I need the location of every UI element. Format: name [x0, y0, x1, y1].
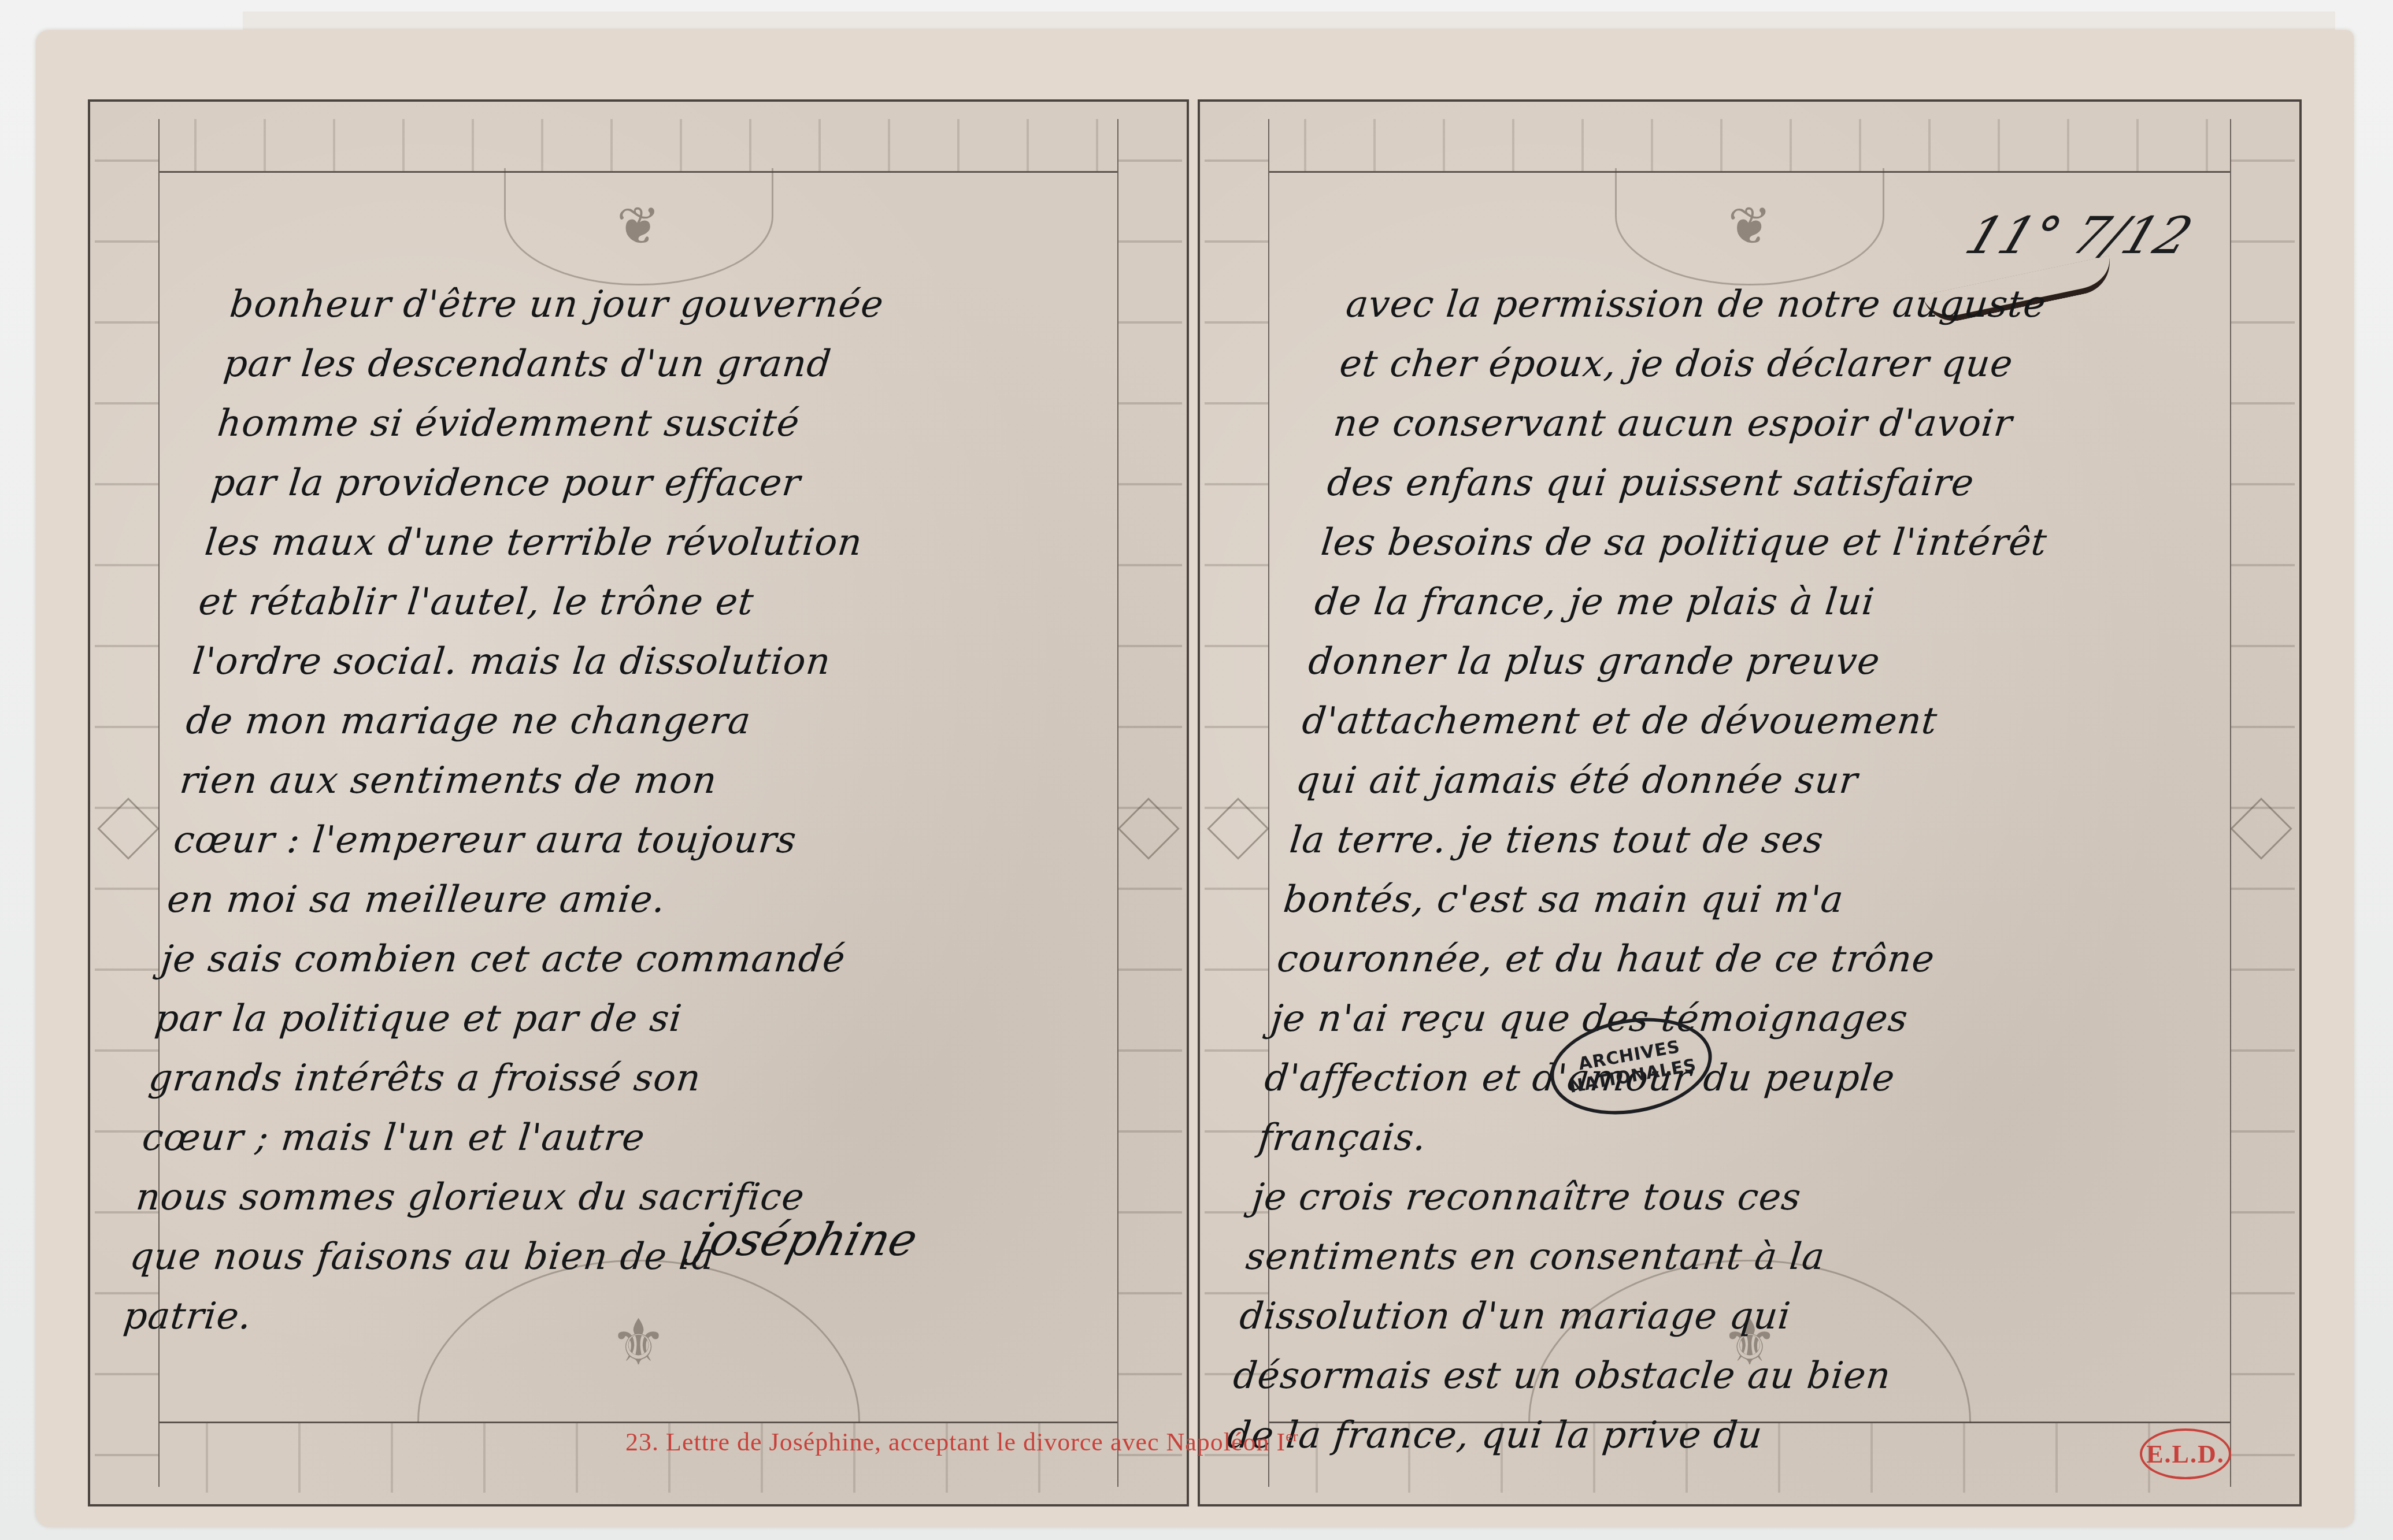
letter-line: d'affection et d'amour du peuple: [1262, 1049, 2217, 1108]
letter-line: grands intérêts a froissé son: [146, 1049, 1098, 1108]
letter-line: avec la permission de notre auguste: [1343, 275, 2298, 335]
letter-line: je crois reconnaître tous ces: [1249, 1168, 2205, 1227]
letter-line: les besoins de sa politique et l'intérêt: [1318, 513, 2273, 573]
left-page: ❦ ⚜ bonheur d'être un jour gouvernée par…: [88, 99, 1189, 1506]
palmette-ornament-icon: ❦: [504, 168, 773, 285]
letter-line: par la politique et par de si: [152, 989, 1105, 1049]
archive-reference-annotation: 11° 7/12: [1958, 206, 2201, 265]
top-border-band: [1269, 119, 2230, 173]
letter-line: sentiments en consentant à la: [1243, 1227, 2198, 1287]
letter-line: ne conservant aucun espoir d'avoir: [1331, 394, 2286, 454]
caption-text: 23. Lettre de Joséphine, acceptant le di…: [625, 1428, 1286, 1456]
letter-line: l'ordre social. mais la dissolution: [190, 632, 1142, 692]
letter-line: de la france, qui la prive du: [1224, 1406, 2180, 1465]
letter-line: dissolution d'un mariage qui: [1236, 1287, 2192, 1346]
signature: joséphine: [691, 1214, 923, 1266]
postcard-caption: 23. Lettre de Joséphine, acceptant le di…: [625, 1427, 1298, 1457]
letter-line: désormais est un obstacle au bien: [1231, 1346, 2186, 1406]
postcard: ❦ ⚜ bonheur d'être un jour gouvernée par…: [36, 30, 2354, 1527]
letter-line: donner la plus grande preuve: [1305, 632, 2261, 692]
letter-line: cœur : l'empereur aura toujours: [171, 811, 1123, 870]
letter-line: bontés, c'est sa main qui m'a: [1280, 870, 2236, 930]
letter-line: je n'ai reçu que des témoignages: [1268, 989, 2224, 1049]
letter-line: patrie.: [121, 1287, 1073, 1346]
letter-line: par la providence pour effacer: [208, 454, 1161, 513]
letter-line: de la france, je me plais à lui: [1312, 573, 2267, 632]
letter-line: cœur ; mais l'un et l'autre: [139, 1108, 1092, 1168]
letter-line: bonheur d'être un jour gouvernée: [227, 275, 1180, 335]
publisher-logo-text: E.L.D.: [2146, 1439, 2224, 1469]
letter-line: que nous faisons au bien de la: [127, 1227, 1079, 1287]
top-border-band: [160, 119, 1117, 173]
letter-line: couronnée, et du haut de ce trône: [1274, 930, 2229, 989]
letter-line: je sais combien cet acte commandé: [158, 930, 1111, 989]
letter-line: par les descendants d'un grand: [221, 335, 1173, 394]
letter-text-right: avec la permission de notre auguste et c…: [1224, 275, 2299, 1465]
letter-line: des enfans qui puissent satisfaire: [1324, 454, 2280, 513]
letter-line: de mon mariage ne changera: [183, 692, 1136, 751]
letter-text-left: bonheur d'être un jour gouvernée par les…: [121, 275, 1180, 1346]
letter-line: nous sommes glorieux du sacrifice: [133, 1168, 1086, 1227]
letter-line: la terre. je tiens tout de ses: [1287, 811, 2242, 870]
letter-line: homme si évidemment suscité: [214, 394, 1167, 454]
right-page: ❦ ⚜ 11° 7/12 avec la permission de notre…: [1198, 99, 2302, 1506]
letter-line: rien aux sentiments de mon: [177, 751, 1129, 811]
letter-line: les maux d'une terrible révolution: [202, 513, 1154, 573]
publisher-logo-icon: E.L.D.: [2140, 1428, 2231, 1479]
letter-line: qui ait jamais été donnée sur: [1293, 751, 2248, 811]
caption-superscript: er: [1286, 1428, 1298, 1445]
letter-line: français.: [1255, 1108, 2211, 1168]
palmette-ornament-icon: ❦: [1615, 168, 1884, 285]
letter-line: et rétablir l'autel, le trône et: [195, 573, 1148, 632]
letter-line: d'attachement et de dévouement: [1299, 692, 2255, 751]
letter-line: et cher époux, je dois déclarer que: [1337, 335, 2292, 394]
letter-line: en moi sa meilleure amie.: [164, 870, 1117, 930]
